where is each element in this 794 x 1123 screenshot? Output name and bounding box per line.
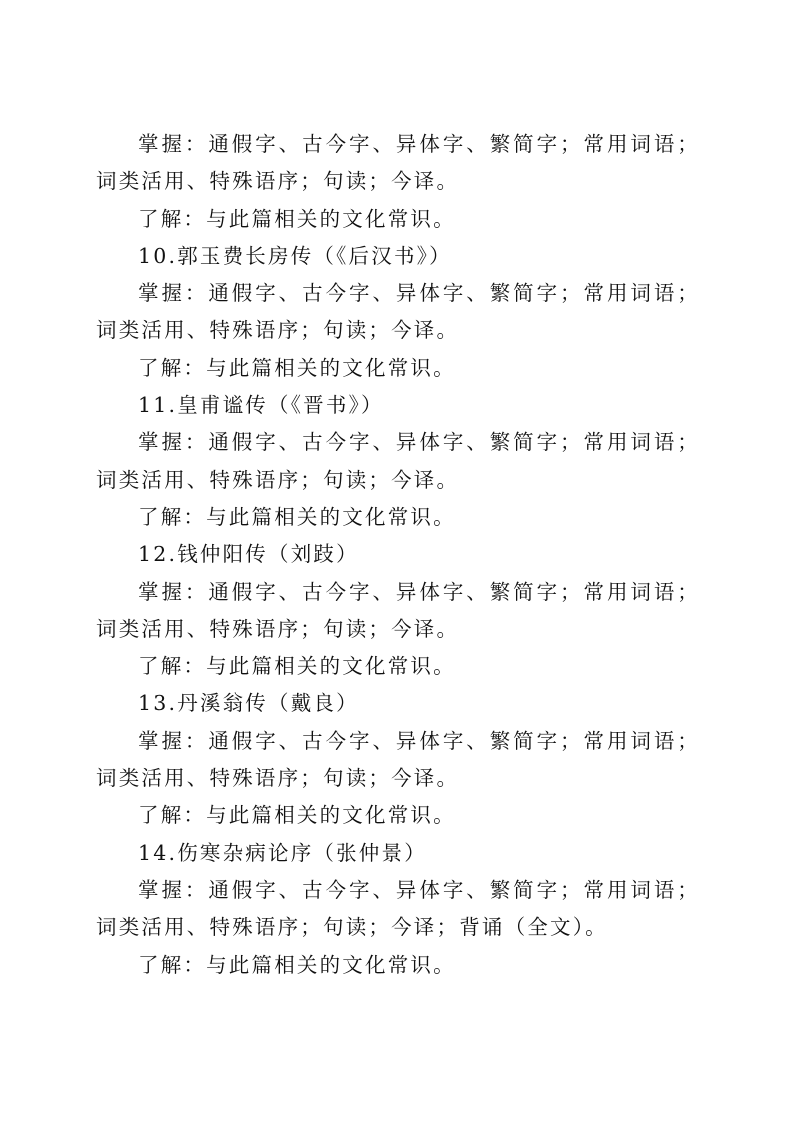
- paragraph-master-12: 掌握：通假字、古今字、异体字、繁简字；常用词语；词类活用、特殊语序；句读；今译。: [96, 574, 700, 649]
- paragraph-understand-11: 了解：与此篇相关的文化常识。: [96, 499, 700, 536]
- document-page: 掌握：通假字、古今字、异体字、繁简字；常用词语；词类活用、特殊语序；句读；今译。…: [96, 126, 700, 984]
- paragraph-understand-10: 了解：与此篇相关的文化常识。: [96, 350, 700, 387]
- section-heading-11: 11.皇甫谧传（《晋书》）: [96, 387, 700, 424]
- section-heading-12: 12.钱仲阳传（刘跂）: [96, 536, 700, 573]
- paragraph-understand-14: 了解：与此篇相关的文化常识。: [96, 947, 700, 984]
- paragraph-master-14: 掌握：通假字、古今字、异体字、繁简字；常用词语；词类活用、特殊语序；句读；今译；…: [96, 872, 700, 947]
- paragraph-understand-12: 了解：与此篇相关的文化常识。: [96, 648, 700, 685]
- paragraph-understand-9: 了解：与此篇相关的文化常识。: [96, 201, 700, 238]
- paragraph-master-13: 掌握：通假字、古今字、异体字、繁简字；常用词语；词类活用、特殊语序；句读；今译。: [96, 723, 700, 798]
- paragraph-master-11: 掌握：通假字、古今字、异体字、繁简字；常用词语；词类活用、特殊语序；句读；今译。: [96, 424, 700, 499]
- section-heading-13: 13.丹溪翁传（戴良）: [96, 685, 700, 722]
- paragraph-understand-13: 了解：与此篇相关的文化常识。: [96, 797, 700, 834]
- section-heading-10: 10.郭玉费长房传（《后汉书》）: [96, 238, 700, 275]
- paragraph-master-9: 掌握：通假字、古今字、异体字、繁简字；常用词语；词类活用、特殊语序；句读；今译。: [96, 126, 700, 201]
- section-heading-14: 14.伤寒杂病论序（张仲景）: [96, 835, 700, 872]
- paragraph-master-10: 掌握：通假字、古今字、异体字、繁简字；常用词语；词类活用、特殊语序；句读；今译。: [96, 275, 700, 350]
